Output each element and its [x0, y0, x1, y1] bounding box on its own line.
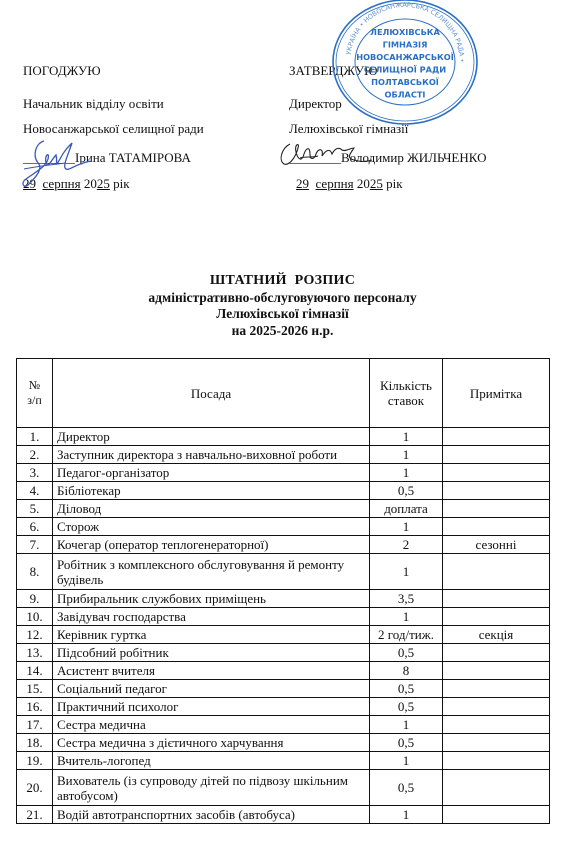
row-note [443, 698, 550, 716]
date-day: 29 [296, 176, 309, 191]
row-number: 19. [17, 752, 53, 770]
row-position: Вчитель-логопед [53, 752, 370, 770]
row-quantity: 0,5 [370, 770, 443, 806]
staff-table: №з/п Посада Кількістьставок Примітка 1.Д… [16, 358, 550, 824]
row-number: 12. [17, 626, 53, 644]
row-note [443, 662, 550, 680]
svg-text:ГІМНАЗІЯ: ГІМНАЗІЯ [383, 40, 428, 50]
row-quantity: 0,5 [370, 680, 443, 698]
row-number: 4. [17, 482, 53, 500]
date-word: рік [386, 176, 402, 191]
row-note [443, 482, 550, 500]
row-note [443, 716, 550, 734]
row-number: 14. [17, 662, 53, 680]
row-number: 10. [17, 608, 53, 626]
date-month: серпня [316, 176, 354, 191]
svg-text:УКРАЇНА • НОВОСАНЖАРСЬКА СЕЛИЩ: УКРАЇНА • НОВОСАНЖАРСЬКА СЕЛИЩНА РАДА • [344, 1, 466, 63]
row-number: 21. [17, 806, 53, 824]
row-note [443, 590, 550, 608]
row-position: Сторож [53, 518, 370, 536]
row-position: Бібліотекар [53, 482, 370, 500]
table-row: 3.Педагог-організатор1 [17, 464, 550, 482]
approval-right-org: Лелюхівської гімназії [289, 121, 408, 136]
row-position: Діловод [53, 500, 370, 518]
row-note [443, 428, 550, 446]
row-note [443, 770, 550, 806]
row-quantity: 2 [370, 536, 443, 554]
row-number: 8. [17, 554, 53, 590]
title-line-3: Лелюхівської гімназії [0, 306, 565, 323]
approval-left-org: Новосанжарської селищної ради [23, 121, 204, 136]
row-number: 5. [17, 500, 53, 518]
row-quantity: 1 [370, 464, 443, 482]
table-header-row: №з/п Посада Кількістьставок Примітка [17, 359, 550, 428]
row-quantity: доплата [370, 500, 443, 518]
table-row: 15.Соціальний педагог0,5 [17, 680, 550, 698]
row-note [443, 680, 550, 698]
title-line-1: ШТАТНИЙ РОЗПИС [0, 273, 565, 290]
row-quantity: 0,5 [370, 734, 443, 752]
row-quantity: 0,5 [370, 698, 443, 716]
table-row: 16.Практичний психолог0,5 [17, 698, 550, 716]
row-quantity: 1 [370, 554, 443, 590]
row-position: Керівник гуртка [53, 626, 370, 644]
row-note [443, 734, 550, 752]
row-position: Практичний психолог [53, 698, 370, 716]
row-quantity: 0,5 [370, 644, 443, 662]
row-position: Кочегар (оператор теплогенераторної) [53, 536, 370, 554]
table-row: 19.Вчитель-логопед1 [17, 752, 550, 770]
row-quantity: 2 год/тиж. [370, 626, 443, 644]
approval-right-name: Володимир ЖИЛЬЧЕНКО [341, 150, 487, 165]
approval-left-heading: ПОГОДЖУЮ [23, 63, 101, 78]
signature-line: ________ [23, 150, 75, 165]
title-line-2: адміністративно-обслуговуючого персоналу [0, 290, 565, 307]
approval-left-name: Ірина ТАТАМІРОВА [75, 150, 191, 165]
row-quantity: 1 [370, 716, 443, 734]
row-position: Соціальний педагог [53, 680, 370, 698]
row-quantity: 8 [370, 662, 443, 680]
row-quantity: 1 [370, 446, 443, 464]
row-position: Заступник директора з навчально-виховної… [53, 446, 370, 464]
table-row: 21.Водій автотранспортних засобів (автоб… [17, 806, 550, 824]
row-position: Сестра медична [53, 716, 370, 734]
row-position: Завідувач господарства [53, 608, 370, 626]
row-quantity: 1 [370, 752, 443, 770]
row-note [443, 608, 550, 626]
table-row: 8.Робітник з комплексного обслуговування… [17, 554, 550, 590]
row-number: 18. [17, 734, 53, 752]
row-number: 7. [17, 536, 53, 554]
row-position: Прибиральник службових приміщень [53, 590, 370, 608]
row-note: секція [443, 626, 550, 644]
header-position: Посада [53, 359, 370, 428]
approval-right-role: Директор [289, 96, 342, 111]
table-row: 5.Діловоддоплата [17, 500, 550, 518]
row-note [443, 518, 550, 536]
date-day: 29 [23, 176, 36, 191]
row-number: 1. [17, 428, 53, 446]
row-position: Вихователь (із супроводу дітей по підвоз… [53, 770, 370, 806]
approval-left-signature-row: ________Ірина ТАТАМІРОВА [23, 150, 191, 165]
approval-left-date: 29 серпня 2025 рік [23, 176, 130, 191]
table-row: 18.Сестра медична з дієтичного харчуванн… [17, 734, 550, 752]
row-note [443, 464, 550, 482]
row-number: 3. [17, 464, 53, 482]
svg-text:НОВОСАНЖАРСЬКОЇ: НОВОСАНЖАРСЬКОЇ [356, 52, 454, 62]
row-quantity: 1 [370, 608, 443, 626]
row-note [443, 806, 550, 824]
header-note: Примітка [443, 359, 550, 428]
table-row: 12.Керівник гуртка2 год/тиж.секція [17, 626, 550, 644]
row-quantity: 3,5 [370, 590, 443, 608]
row-number: 6. [17, 518, 53, 536]
date-month: серпня [43, 176, 81, 191]
table-row: 1.Директор1 [17, 428, 550, 446]
row-number: 15. [17, 680, 53, 698]
row-note [443, 446, 550, 464]
date-year-prefix: 20 [357, 176, 370, 191]
row-number: 13. [17, 644, 53, 662]
row-position: Сестра медична з дієтичного харчування [53, 734, 370, 752]
date-word: рік [113, 176, 129, 191]
date-year-suffix: 25 [97, 176, 110, 191]
row-quantity: 1 [370, 806, 443, 824]
date-year-prefix: 20 [84, 176, 97, 191]
row-position: Директор [53, 428, 370, 446]
document-title: ШТАТНИЙ РОЗПИС адміністративно-обслугову… [0, 273, 565, 339]
row-quantity: 1 [370, 428, 443, 446]
table-row: 20.Вихователь (із супроводу дітей по під… [17, 770, 550, 806]
table-row: 14.Асистент вчителя8 [17, 662, 550, 680]
table-row: 17.Сестра медична1 [17, 716, 550, 734]
row-position: Педагог-організатор [53, 464, 370, 482]
row-position: Підсобний робітник [53, 644, 370, 662]
svg-text:ПОЛТАВСЬКОЇ: ПОЛТАВСЬКОЇ [371, 77, 439, 87]
approval-right-heading: ЗАТВЕРДЖУЮ [289, 63, 377, 78]
table-row: 7.Кочегар (оператор теплогенераторної)2с… [17, 536, 550, 554]
row-position: Робітник з комплексного обслуговування й… [53, 554, 370, 590]
row-number: 20. [17, 770, 53, 806]
title-line-4: на 2025-2026 н.р. [0, 323, 565, 340]
table-row: 4.Бібліотекар0,5 [17, 482, 550, 500]
date-year-suffix: 25 [370, 176, 383, 191]
table-row: 9.Прибиральник службових приміщень3,5 [17, 590, 550, 608]
header-quantity: Кількістьставок [370, 359, 443, 428]
row-note: сезонні [443, 536, 550, 554]
approval-right-date: 29 серпня 2025 рік [296, 176, 403, 191]
header-number: №з/п [17, 359, 53, 428]
row-position: Асистент вчителя [53, 662, 370, 680]
table-row: 13.Підсобний робітник0,5 [17, 644, 550, 662]
row-position: Водій автотранспортних засобів (автобуса… [53, 806, 370, 824]
row-note [443, 644, 550, 662]
row-note [443, 752, 550, 770]
table-row: 2.Заступник директора з навчально-виховн… [17, 446, 550, 464]
row-quantity: 1 [370, 518, 443, 536]
approval-left-role: Начальник відділу освіти [23, 96, 164, 111]
signature-line: ________ [289, 150, 341, 165]
svg-text:ЛЕЛЮХІВСЬКА: ЛЕЛЮХІВСЬКА [370, 27, 440, 37]
table-row: 10.Завідувач господарства1 [17, 608, 550, 626]
row-note [443, 554, 550, 590]
approval-right-signature-row: ________Володимир ЖИЛЬЧЕНКО [289, 150, 487, 165]
row-note [443, 500, 550, 518]
svg-text:ОБЛАСТІ: ОБЛАСТІ [385, 90, 426, 100]
row-number: 16. [17, 698, 53, 716]
row-number: 2. [17, 446, 53, 464]
row-quantity: 0,5 [370, 482, 443, 500]
row-number: 17. [17, 716, 53, 734]
table-row: 6.Сторож1 [17, 518, 550, 536]
row-number: 9. [17, 590, 53, 608]
